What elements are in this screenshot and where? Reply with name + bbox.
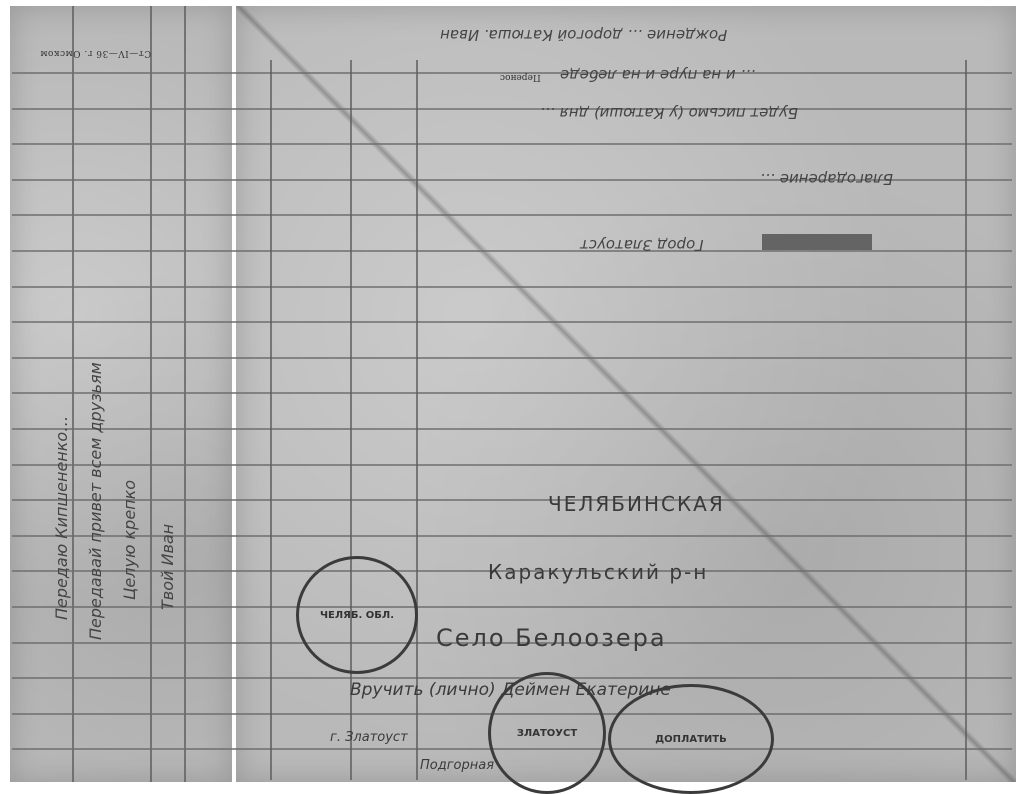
address-village: Село Белоозера [436, 624, 667, 652]
postmark-round: ЗЛАТОУСТ [488, 672, 606, 794]
ruling-line [12, 464, 1012, 466]
ruling-line [12, 108, 1012, 110]
printed-label-transfer: Перенос [500, 72, 541, 82]
ruling-line [12, 392, 1012, 394]
ruling-line [12, 357, 1012, 359]
ruling-line [12, 321, 1012, 323]
upside-down-line: Город Златоуст [580, 236, 704, 254]
sender-place: Подгорная [420, 758, 494, 773]
address-region: ЧЕЛЯБИНСКАЯ [548, 492, 725, 516]
stamp-oval: ДОПЛАТИТЬ [608, 684, 774, 794]
ruling-line [150, 6, 152, 782]
left-flap-line: Передавай привет всем друзьям [86, 362, 105, 640]
upside-down-line: Рождение … дорогой Катюша. Иван [440, 26, 727, 44]
ruling-line [184, 6, 186, 782]
ruling-line [12, 499, 1012, 501]
ruling-line [270, 60, 272, 780]
printed-header: Ст—IV—36 г. Омском [40, 48, 151, 58]
left-flap-line: Целую крепко [120, 480, 139, 600]
left-flap [10, 6, 232, 782]
ruling-line [965, 60, 967, 780]
upside-down-line: Благодарение … [760, 170, 893, 188]
ruling-line [416, 60, 418, 780]
ruling-line [12, 214, 1012, 216]
ruling-line [12, 428, 1012, 430]
postmark-chelyabinsk: ЧЕЛЯБ. ОБЛ. [296, 556, 418, 674]
ruling-line [12, 286, 1012, 288]
address-district: Каракульский р-н [488, 560, 708, 584]
upside-down-line: … и на пуре и на лебеде [560, 66, 755, 84]
ruling-line [12, 250, 1012, 252]
ruling-line [12, 677, 1012, 679]
left-flap-line: Твой Иван [158, 524, 177, 610]
sender-city: г. Златоуст [330, 730, 408, 745]
redaction-mark [762, 234, 872, 250]
ruling-line [72, 6, 74, 782]
upside-down-line: Будет письмо (у Катюши) дня … [540, 104, 798, 122]
left-flap-line: Передаю Кипшененко… [52, 416, 71, 620]
ruling-line [12, 143, 1012, 145]
